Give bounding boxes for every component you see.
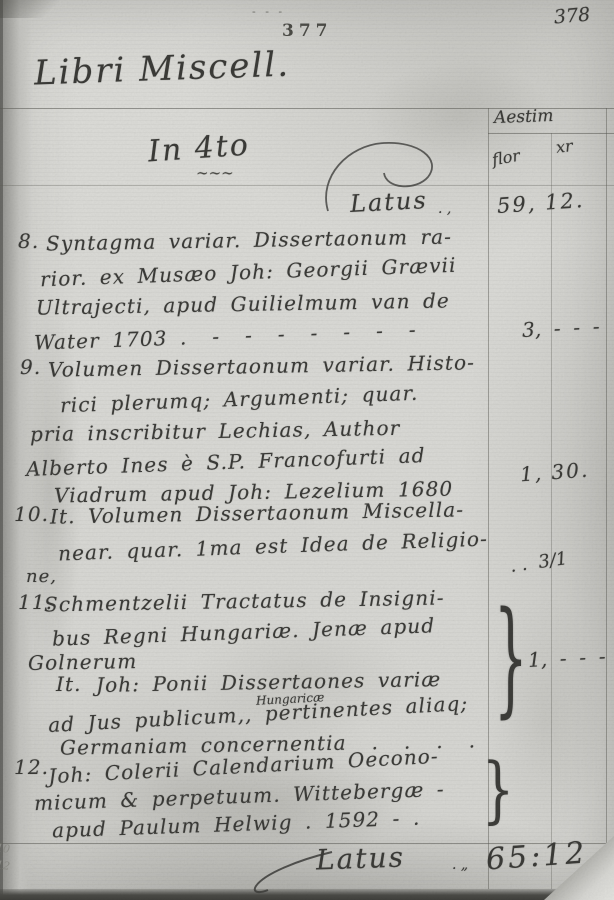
latus-bottom-amount: 65:12 [485, 838, 588, 875]
scan-bottom-edge [0, 889, 614, 900]
manuscript-page: 377 - - - 378 Libri Miscell. In 4to ∼∼∼ … [0, 0, 614, 900]
entry-item-line-1: Joh: Ponii Dissertaones variæ [96, 669, 442, 695]
entry-10-line-3: ne, [26, 568, 57, 586]
entry-8-line-1: Syntagma variar. Dissertaonum ra- [46, 226, 452, 253]
entry-8-line-4: Water 1703 . - - - - - - - [34, 319, 417, 352]
entry-8-number: 8. [18, 231, 39, 251]
entry-10-number: 10. [14, 504, 49, 524]
grouping-brace-lower: } [482, 754, 514, 826]
margin-mark-b: 12 [0, 859, 11, 872]
latus-bottom-dots: . „ [452, 858, 468, 872]
rule-right-margin [606, 108, 607, 889]
latus-top-amount: 59, 12. [496, 190, 585, 217]
latus-top-label: Latus [349, 188, 428, 216]
format-heading: In 4to [147, 130, 251, 167]
margin-mark-a: 10 [0, 842, 11, 855]
kreuzer-column-label: xr [555, 138, 573, 156]
entry-9-line-4: Alberto Ines è S.P. Francofurti ad [26, 445, 426, 479]
entry-9-line-2: rici plerumq; Argumenti; quar. [60, 383, 419, 415]
folio-number-right: 378 [553, 5, 591, 27]
section-title: Libri Miscell. [33, 48, 290, 91]
entry-8-amount: 3, - - - [522, 316, 600, 340]
folio-number-center: 377 [282, 21, 333, 41]
entry-10-line-2: near. quar. 1ma est Idea de Religio- [58, 529, 488, 564]
entry-9-amount: 1, 30. [519, 460, 589, 485]
amount-column-title: Aestim [494, 108, 554, 127]
florins-column-label: flor [491, 148, 521, 169]
entry-8-line-2: rior. ex Musæo Joh: Georgii Grævii [40, 255, 457, 290]
latus-top-dots: . , [438, 202, 451, 216]
entry-9-line-3: pria inscribitur Lechias, Author [30, 418, 401, 444]
entry-11-line-1: Schmentzelii Tractatus de Insigni- [44, 588, 445, 615]
entry-11-line-2: bus Regni Hungariæ. Jenæ apud [52, 615, 436, 648]
format-heading-flourish: ∼∼∼ [196, 166, 234, 181]
rule-florin-kreuzer-divider [551, 133, 552, 889]
latus-bottom-label: Latus [316, 843, 406, 874]
paper-stain [470, 560, 614, 880]
entry-9-number: 9. [20, 357, 41, 377]
entry-11-line-3: Golnerum [28, 651, 138, 673]
entry-10-amount: . . 3/1 [509, 550, 569, 576]
grouping-brace-upper: } [494, 596, 528, 721]
entry-11-group-amount: 1, - - - [528, 646, 606, 670]
scan-top-left-shadow [0, 0, 70, 18]
entry-8-line-3: Ultrajecti, apud Guilielmum van de [36, 290, 450, 317]
entry-9-line-1: Volumen Dissertaonum variar. Histo- [48, 352, 475, 379]
entry-12-number: 12. [14, 757, 49, 777]
entry-10-line-1: It. Volumen Dissertaonum Miscella- [50, 499, 464, 526]
rule-header-bottom [0, 185, 614, 186]
tick-marks: - - - [252, 5, 285, 18]
entry-item-number: It. [56, 674, 82, 694]
